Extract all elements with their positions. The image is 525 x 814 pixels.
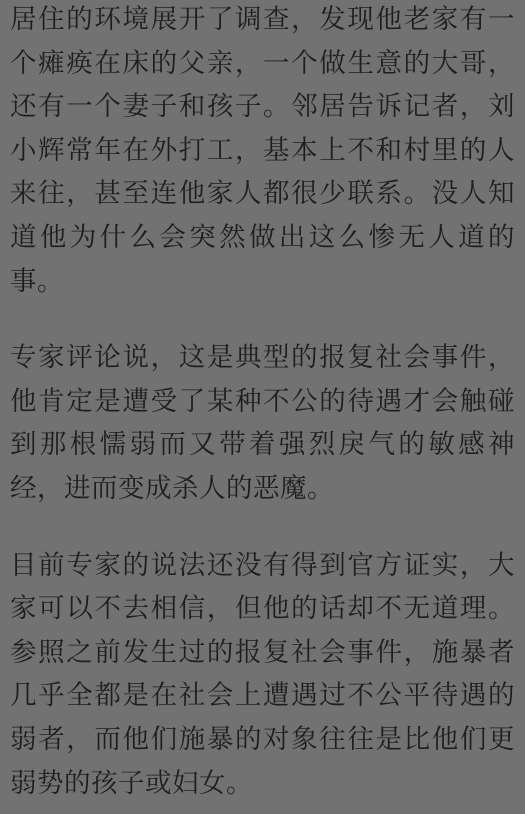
paragraph-1: 居住的环境展开了调查，发现他老家有一个瘫痪在床的父亲，一个做生意的大哥，还有一个… — [10, 0, 515, 303]
reading-page[interactable]: 居住的环境展开了调查，发现他老家有一个瘫痪在床的父亲，一个做生意的大哥，还有一个… — [0, 0, 525, 814]
paragraph-3: 目前专家的说法还没有得到官方证实，大家可以不去相信，但他的话却不无道理。参照之前… — [10, 544, 515, 806]
paragraph-2: 专家评论说，这是典型的报复社会事件，他肯定是遭受了某种不公的待遇才会触碰到那根懦… — [10, 336, 515, 510]
